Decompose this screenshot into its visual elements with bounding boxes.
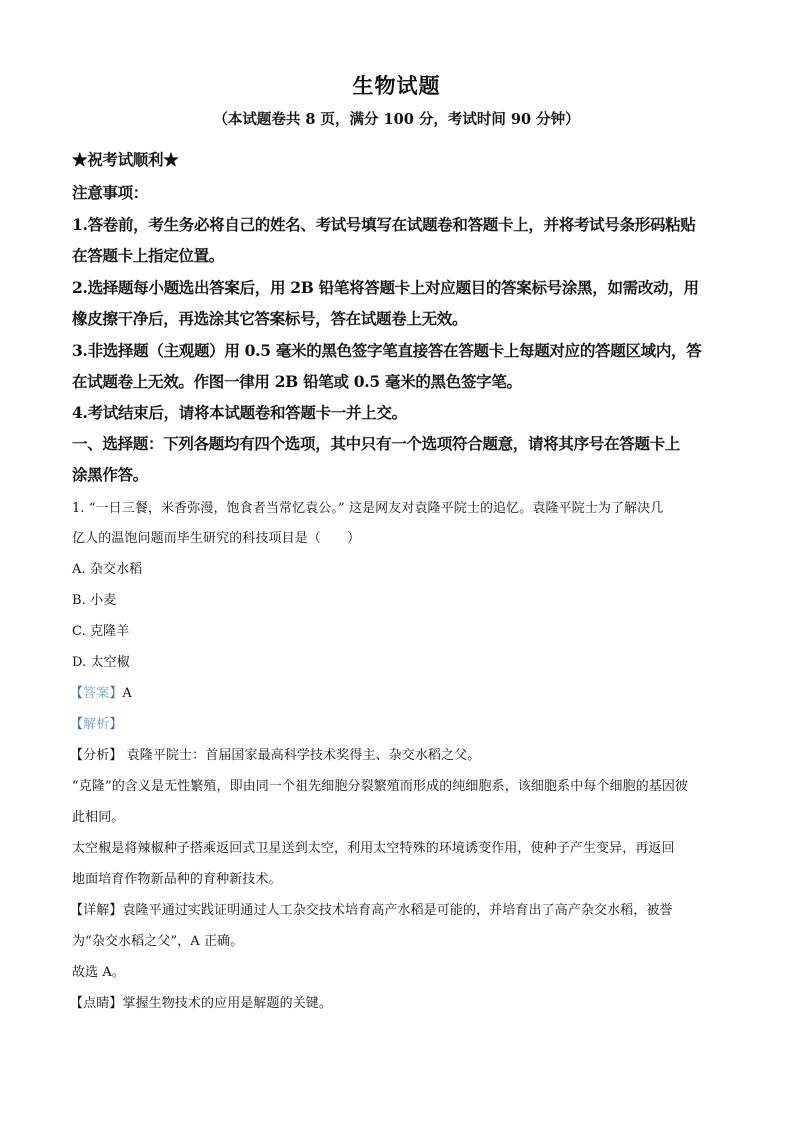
option-c-text: 克隆羊 xyxy=(90,624,129,639)
question-1-stem-line-1: 1. “一日三餐，米香弥漫，饱食者当常忆袁公。” 这是网友对袁隆平院士的追忆。袁… xyxy=(72,497,732,516)
analysis-tag: 解析 xyxy=(83,717,109,732)
section-heading-line-1: 一、选择题：下列各题均有四个选项，其中只有一个选项符合题意，请将其序号在答题卡上 xyxy=(72,432,732,454)
analysis-line-4: 太空椒是将辣椒种子搭乘返回式卫星送到太空，利用太空特殊的环境诱变作用，使种子产生… xyxy=(72,837,732,856)
section-heading-line-2: 涂黑作答。 xyxy=(72,463,732,485)
notice-1-line-1: 1.答卷前，考生务必将自己的姓名、考试号填写在试题卷和答题卡上，并将考试号条形码… xyxy=(72,213,732,235)
option-c-label: C. xyxy=(72,624,86,639)
notice-1-line-2: 在答题卡上指定位置。 xyxy=(72,244,732,266)
option-d-text: 太空椒 xyxy=(91,655,130,670)
option-a: A. 杂交水稻 xyxy=(72,558,732,577)
answer-line: 【答案】A xyxy=(70,682,730,701)
exam-page: 生物试题 （本试题卷共 8 页，满分 100 分，考试时间 90 分钟） ★祝考… xyxy=(0,0,793,1122)
notice-heading: 注意事项： xyxy=(72,181,732,203)
analysis-tag-open: 【 xyxy=(70,717,83,732)
option-b-label: B. xyxy=(72,593,86,608)
notice-3-line-1: 3.非选择题（主观题）用 0.5 毫米的黑色签字笔直接答在答题卡上每题对应的答题… xyxy=(72,339,732,361)
page-title: 生物试题 xyxy=(0,70,793,100)
analysis-line-2: “克隆”的含义是无性繁殖，即由同一个祖先细胞分裂繁殖而形成的纯细胞系，该细胞系中… xyxy=(72,775,732,794)
analysis-line-7: 为“杂交水稻之父”，A 正确。 xyxy=(72,930,732,949)
analysis-line-6: 【详解】袁隆平通过实践证明通过人工杂交技术培育高产水稻是可能的，并培育出了高产杂… xyxy=(70,899,730,918)
analysis-tag-line: 【解析】 xyxy=(70,713,730,732)
option-b-text: 小麦 xyxy=(90,593,116,608)
analysis-line-3: 此相同。 xyxy=(72,806,732,825)
option-a-label: A. xyxy=(72,562,86,577)
answer-value: A xyxy=(122,686,132,701)
notice-2-line-1: 2.选择题每小题选出答案后，用 2B 铅笔将答题卡上对应题目的答案标号涂黑，如需… xyxy=(72,276,732,298)
option-b: B. 小麦 xyxy=(72,589,732,608)
option-c: C. 克隆羊 xyxy=(72,620,732,639)
analysis-line-8: 故选 A。 xyxy=(72,961,732,980)
analysis-line-9: 【点睛】掌握生物技术的应用是解题的关键。 xyxy=(70,992,730,1011)
analysis-line-5: 地面培育作物新品种的育种新技术。 xyxy=(72,868,732,887)
analysis-line-1: 【分析】 袁隆平院士：首届国家最高科学技术奖得主、杂交水稻之父。 xyxy=(70,744,730,763)
answer-tag: 答案 xyxy=(83,686,109,701)
notice-2-line-2: 橡皮擦干净后，再选涂其它答案标号，答在试题卷上无效。 xyxy=(72,307,732,329)
option-d-label: D. xyxy=(72,655,86,670)
analysis-tag-close: 】 xyxy=(109,717,122,732)
notice-3-line-2: 在试题卷上无效。作图一律用 2B 铅笔或 0.5 毫米的黑色签字笔。 xyxy=(72,370,732,392)
option-d: D. 太空椒 xyxy=(72,651,732,670)
option-a-text: 杂交水稻 xyxy=(90,562,142,577)
question-1-stem-line-2: 亿人的温饱问题而毕生研究的科技项目是（ ） xyxy=(72,527,732,546)
answer-tag-open: 【 xyxy=(70,686,83,701)
page-subtitle: （本试题卷共 8 页，满分 100 分，考试时间 90 分钟） xyxy=(0,108,793,129)
notice-4-line-1: 4.考试结束后，请将本试题卷和答题卡一并上交。 xyxy=(72,401,732,423)
answer-tag-close: 】 xyxy=(109,686,122,701)
blessing-line: ★祝考试顺利★ xyxy=(72,148,732,170)
